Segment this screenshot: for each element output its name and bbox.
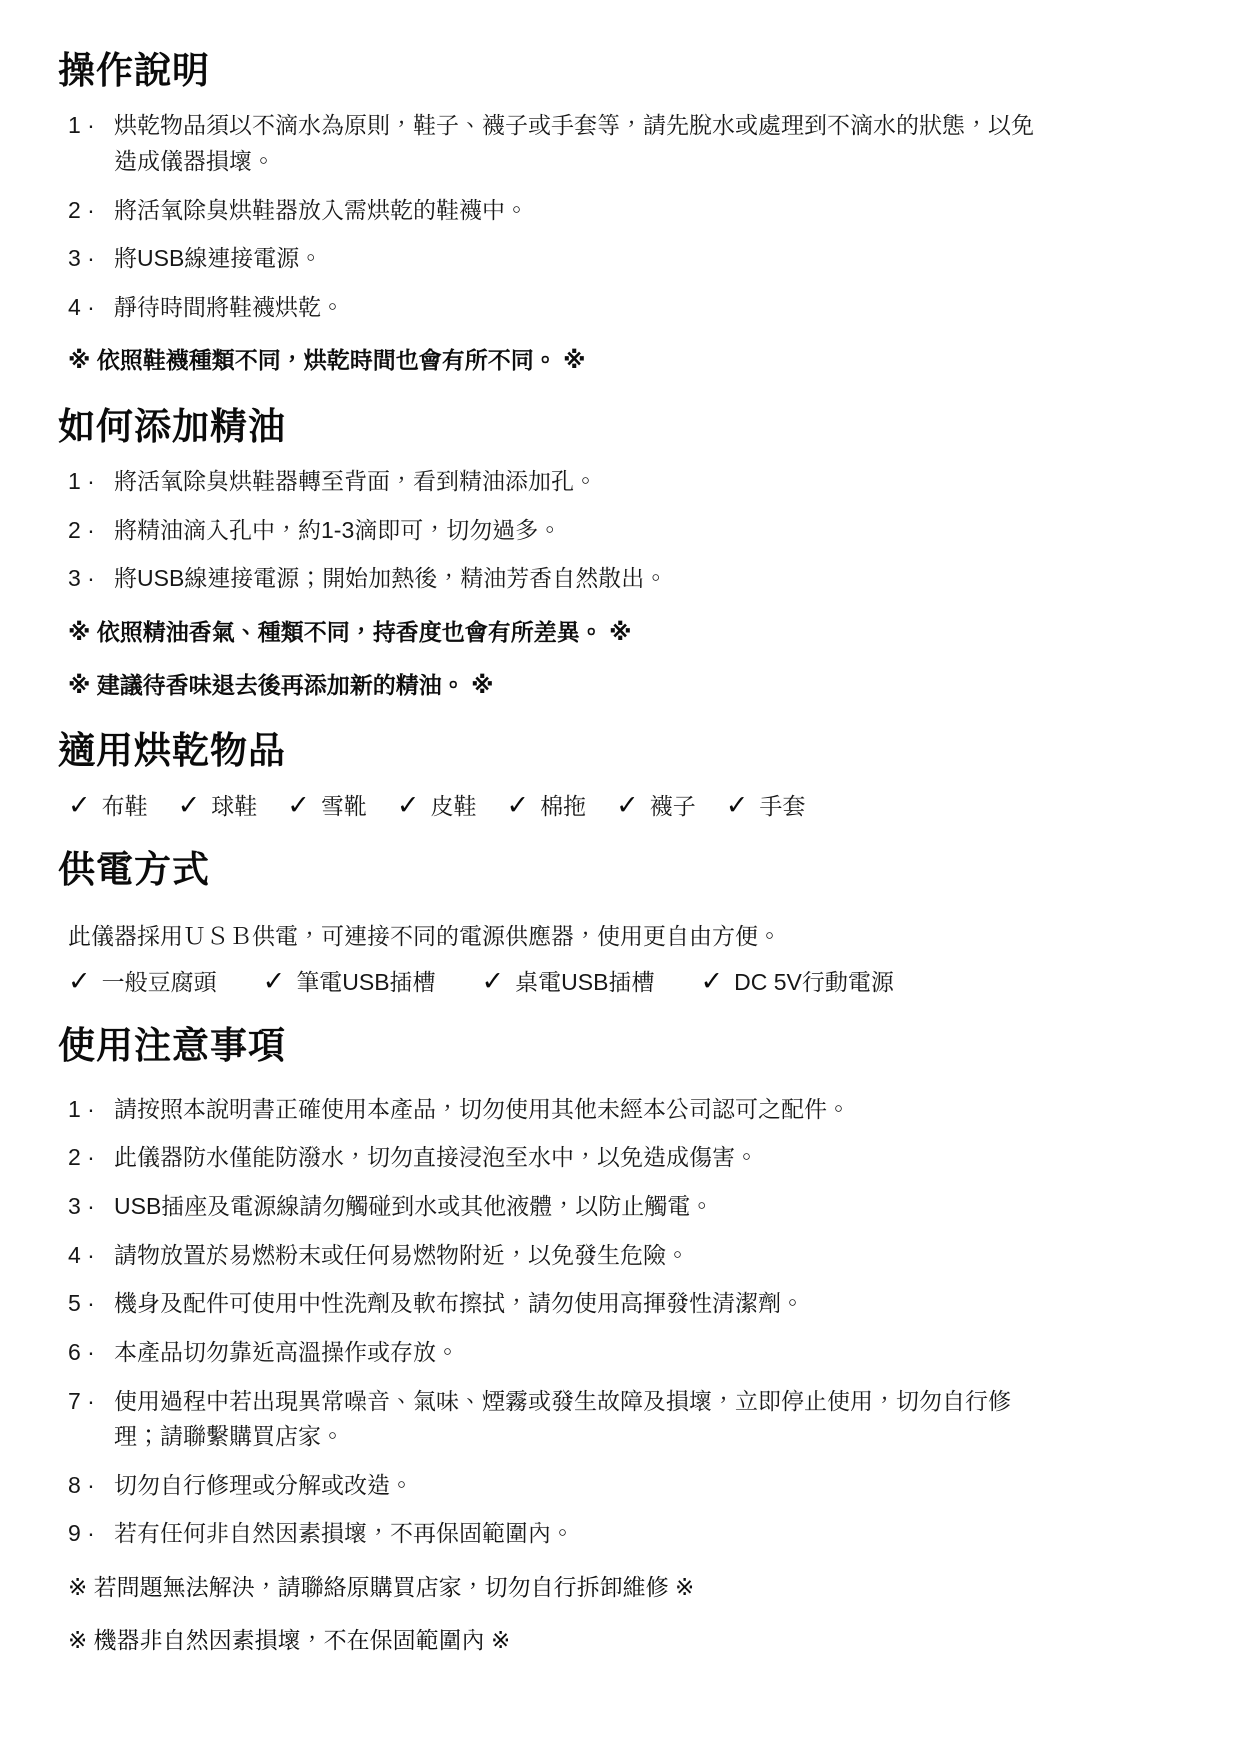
item-text: 使用過程中若出現異常噪音、氣味、煙霧或發生故障及損壞，立即停止使用，切勿自行修理…: [114, 1384, 1054, 1455]
item-number: 7 ·: [58, 1384, 114, 1420]
list-item: 2 · 此儀器防水僅能防潑水，切勿直接浸泡至水中，以免造成傷害。: [58, 1140, 1181, 1176]
item-number: 3 ·: [58, 561, 114, 597]
check-icon: ✓: [68, 968, 91, 995]
note-add-new-oil: ※ 建議待香味退去後再添加新的精油。 ※: [68, 668, 1181, 703]
item-text: 將精油滴入孔中，約1-3滴即可，切勿過多。: [114, 513, 1054, 549]
check-label: 棉拖: [540, 788, 586, 821]
item-number: 2 ·: [58, 193, 114, 229]
list-item: 8 · 切勿自行修理或分解或改造。: [58, 1468, 1181, 1504]
item-number: 2 ·: [58, 513, 114, 549]
list-item: 3 · 將USB線連接電源。: [58, 241, 1181, 277]
check-icon: ✓: [507, 792, 530, 819]
check-label: 雪靴: [321, 788, 367, 821]
check-label: 皮鞋: [431, 788, 477, 821]
manual-page: 操作說明 1 · 烘乾物品須以不滴水為原則，鞋子、襪子或手套等，請先脫水或處理到…: [0, 0, 1241, 1755]
item-text: 本產品切勿靠近高溫操作或存放。: [114, 1335, 1054, 1371]
list-item: 4 · 請物放置於易燃粉末或任何易燃物附近，以免發生危險。: [58, 1238, 1181, 1274]
item-number: 8 ·: [58, 1468, 114, 1504]
list-item: 4 · 靜待時間將鞋襪烘乾。: [58, 290, 1181, 326]
item-text: 靜待時間將鞋襪烘乾。: [114, 290, 1054, 326]
item-text: 請物放置於易燃粉末或任何易燃物附近，以免發生危險。: [114, 1238, 1054, 1274]
section-title-power-supply: 供電方式: [58, 847, 1181, 893]
section-title-operation: 操作說明: [58, 48, 1181, 94]
item-text: 烘乾物品須以不滴水為原則，鞋子、襪子或手套等，請先脫水或處理到不滴水的狀態，以免…: [114, 108, 1054, 179]
check-label: 桌電USB插槽: [515, 964, 654, 997]
item-number: 5 ·: [58, 1286, 114, 1322]
check-label: 一般豆腐頭: [102, 964, 217, 997]
power-supply-intro: 此儀器採用ＵＳＢ供電，可連接不同的電源供應器，使用更自由方便。: [68, 918, 1181, 955]
list-item: 2 · 將精油滴入孔中，約1-3滴即可，切勿過多。: [58, 513, 1181, 549]
note-warranty: ※ 機器非自然因素損壞，不在保固範圍內 ※: [68, 1623, 1181, 1658]
list-item: 3 · 將USB線連接電源；開始加熱後，精油芳香自然散出。: [58, 561, 1181, 597]
check-icon: ✓: [700, 968, 723, 995]
item-text: USB插座及電源線請勿觸碰到水或其他液體，以防止觸電。: [114, 1189, 1054, 1225]
check-label: 筆電USB插槽: [296, 964, 435, 997]
applicable-items-row: ✓ 布鞋 ✓ 球鞋 ✓ 雪靴 ✓ 皮鞋 ✓ 棉拖 ✓ 襪子: [68, 788, 1181, 821]
check-icon: ✓: [616, 792, 639, 819]
item-text: 將活氧除臭烘鞋器放入需烘乾的鞋襪中。: [114, 193, 1054, 229]
item-text: 此儀器防水僅能防潑水，切勿直接浸泡至水中，以免造成傷害。: [114, 1140, 1054, 1176]
note-drying-time: ※ 依照鞋襪種類不同，烘乾時間也會有所不同。 ※: [68, 343, 1181, 378]
item-number: 3 ·: [58, 1189, 114, 1225]
section-power-supply: 供電方式 此儀器採用ＵＳＢ供電，可連接不同的電源供應器，使用更自由方便。 ✓ 一…: [58, 847, 1181, 997]
check-item-leather-shoes: ✓ 皮鞋: [397, 788, 477, 821]
check-label: DC 5V行動電源: [734, 964, 894, 997]
check-icon: ✓: [482, 968, 505, 995]
oil-steps-list: 1 · 將活氧除臭烘鞋器轉至背面，看到精油添加孔。 2 · 將精油滴入孔中，約1…: [58, 464, 1181, 597]
check-item-power-bank: ✓ DC 5V行動電源: [700, 964, 893, 997]
list-item: 1 · 請按照本說明書正確使用本產品，切勿使用其他未經本公司認可之配件。: [58, 1092, 1181, 1128]
item-text: 請按照本說明書正確使用本產品，切勿使用其他未經本公司認可之配件。: [114, 1092, 1054, 1128]
item-text: 若有任何非自然因素損壞，不再保固範圍內。: [114, 1516, 1054, 1552]
section-title-applicable-items: 適用烘乾物品: [58, 728, 1181, 774]
section-applicable-items: 適用烘乾物品 ✓ 布鞋 ✓ 球鞋 ✓ 雪靴 ✓ 皮鞋 ✓ 棉拖: [58, 728, 1181, 821]
check-label: 襪子: [650, 788, 696, 821]
item-text: 機身及配件可使用中性洗劑及軟布擦拭，請勿使用高揮發性清潔劑。: [114, 1286, 1054, 1322]
list-item: 9 · 若有任何非自然因素損壞，不再保固範圍內。: [58, 1516, 1181, 1552]
check-icon: ✓: [726, 792, 749, 819]
check-label: 球鞋: [211, 788, 257, 821]
item-text: 將USB線連接電源。: [114, 241, 1054, 277]
check-icon: ✓: [263, 968, 286, 995]
precautions-list: 1 · 請按照本說明書正確使用本產品，切勿使用其他未經本公司認可之配件。 2 ·…: [58, 1092, 1181, 1552]
section-add-essential-oil: 如何添加精油 1 · 將活氧除臭烘鞋器轉至背面，看到精油添加孔。 2 · 將精油…: [58, 404, 1181, 702]
check-item-sneakers: ✓ 球鞋: [178, 788, 258, 821]
check-label: 布鞋: [102, 788, 148, 821]
note-fragrance-duration: ※ 依照精油香氣、種類不同，持香度也會有所差異。 ※: [68, 615, 1181, 650]
list-item: 1 · 將活氧除臭烘鞋器轉至背面，看到精油添加孔。: [58, 464, 1181, 500]
item-text: 切勿自行修理或分解或改造。: [114, 1468, 1054, 1504]
check-icon: ✓: [68, 792, 91, 819]
list-item: 5 · 機身及配件可使用中性洗劑及軟布擦拭，請勿使用高揮發性清潔劑。: [58, 1286, 1181, 1322]
item-number: 4 ·: [58, 1238, 114, 1274]
item-number: 1 ·: [58, 108, 114, 144]
check-icon: ✓: [397, 792, 420, 819]
check-item-cotton-slippers: ✓ 棉拖: [507, 788, 587, 821]
list-item: 7 · 使用過程中若出現異常噪音、氣味、煙霧或發生故障及損壞，立即停止使用，切勿…: [58, 1384, 1181, 1455]
section-title-precautions: 使用注意事項: [58, 1023, 1181, 1069]
item-number: 3 ·: [58, 241, 114, 277]
item-number: 1 ·: [58, 464, 114, 500]
operation-steps-list: 1 · 烘乾物品須以不滴水為原則，鞋子、襪子或手套等，請先脫水或處理到不滴水的狀…: [58, 108, 1181, 325]
check-icon: ✓: [287, 792, 310, 819]
section-usage-precautions: 使用注意事項 1 · 請按照本說明書正確使用本產品，切勿使用其他未經本公司認可之…: [58, 1023, 1181, 1657]
check-item-laptop-usb: ✓ 筆電USB插槽: [263, 964, 436, 997]
item-text: 將USB線連接電源；開始加熱後，精油芳香自然散出。: [114, 561, 1054, 597]
check-item-cloth-shoes: ✓ 布鞋: [68, 788, 148, 821]
section-operation-instructions: 操作說明 1 · 烘乾物品須以不滴水為原則，鞋子、襪子或手套等，請先脫水或處理到…: [58, 48, 1181, 378]
list-item: 3 · USB插座及電源線請勿觸碰到水或其他液體，以防止觸電。: [58, 1189, 1181, 1225]
check-item-socks: ✓ 襪子: [616, 788, 696, 821]
item-number: 6 ·: [58, 1335, 114, 1371]
check-item-usb-adapter: ✓ 一般豆腐頭: [68, 964, 217, 997]
power-options-row: ✓ 一般豆腐頭 ✓ 筆電USB插槽 ✓ 桌電USB插槽 ✓ DC 5V行動電源: [68, 964, 1181, 997]
check-item-snow-boots: ✓ 雪靴: [287, 788, 367, 821]
note-contact-store: ※ 若問題無法解決，請聯絡原購買店家，切勿自行拆卸維修 ※: [68, 1570, 1181, 1605]
check-item-desktop-usb: ✓ 桌電USB插槽: [482, 964, 655, 997]
item-number: 1 ·: [58, 1092, 114, 1128]
list-item: 6 · 本產品切勿靠近高溫操作或存放。: [58, 1335, 1181, 1371]
item-number: 2 ·: [58, 1140, 114, 1176]
check-item-gloves: ✓ 手套: [726, 788, 806, 821]
item-text: 將活氧除臭烘鞋器轉至背面，看到精油添加孔。: [114, 464, 1054, 500]
list-item: 2 · 將活氧除臭烘鞋器放入需烘乾的鞋襪中。: [58, 193, 1181, 229]
check-label: 手套: [759, 788, 805, 821]
section-title-essential-oil: 如何添加精油: [58, 404, 1181, 450]
check-icon: ✓: [178, 792, 201, 819]
list-item: 1 · 烘乾物品須以不滴水為原則，鞋子、襪子或手套等，請先脫水或處理到不滴水的狀…: [58, 108, 1181, 179]
item-number: 9 ·: [58, 1516, 114, 1552]
item-number: 4 ·: [58, 290, 114, 326]
